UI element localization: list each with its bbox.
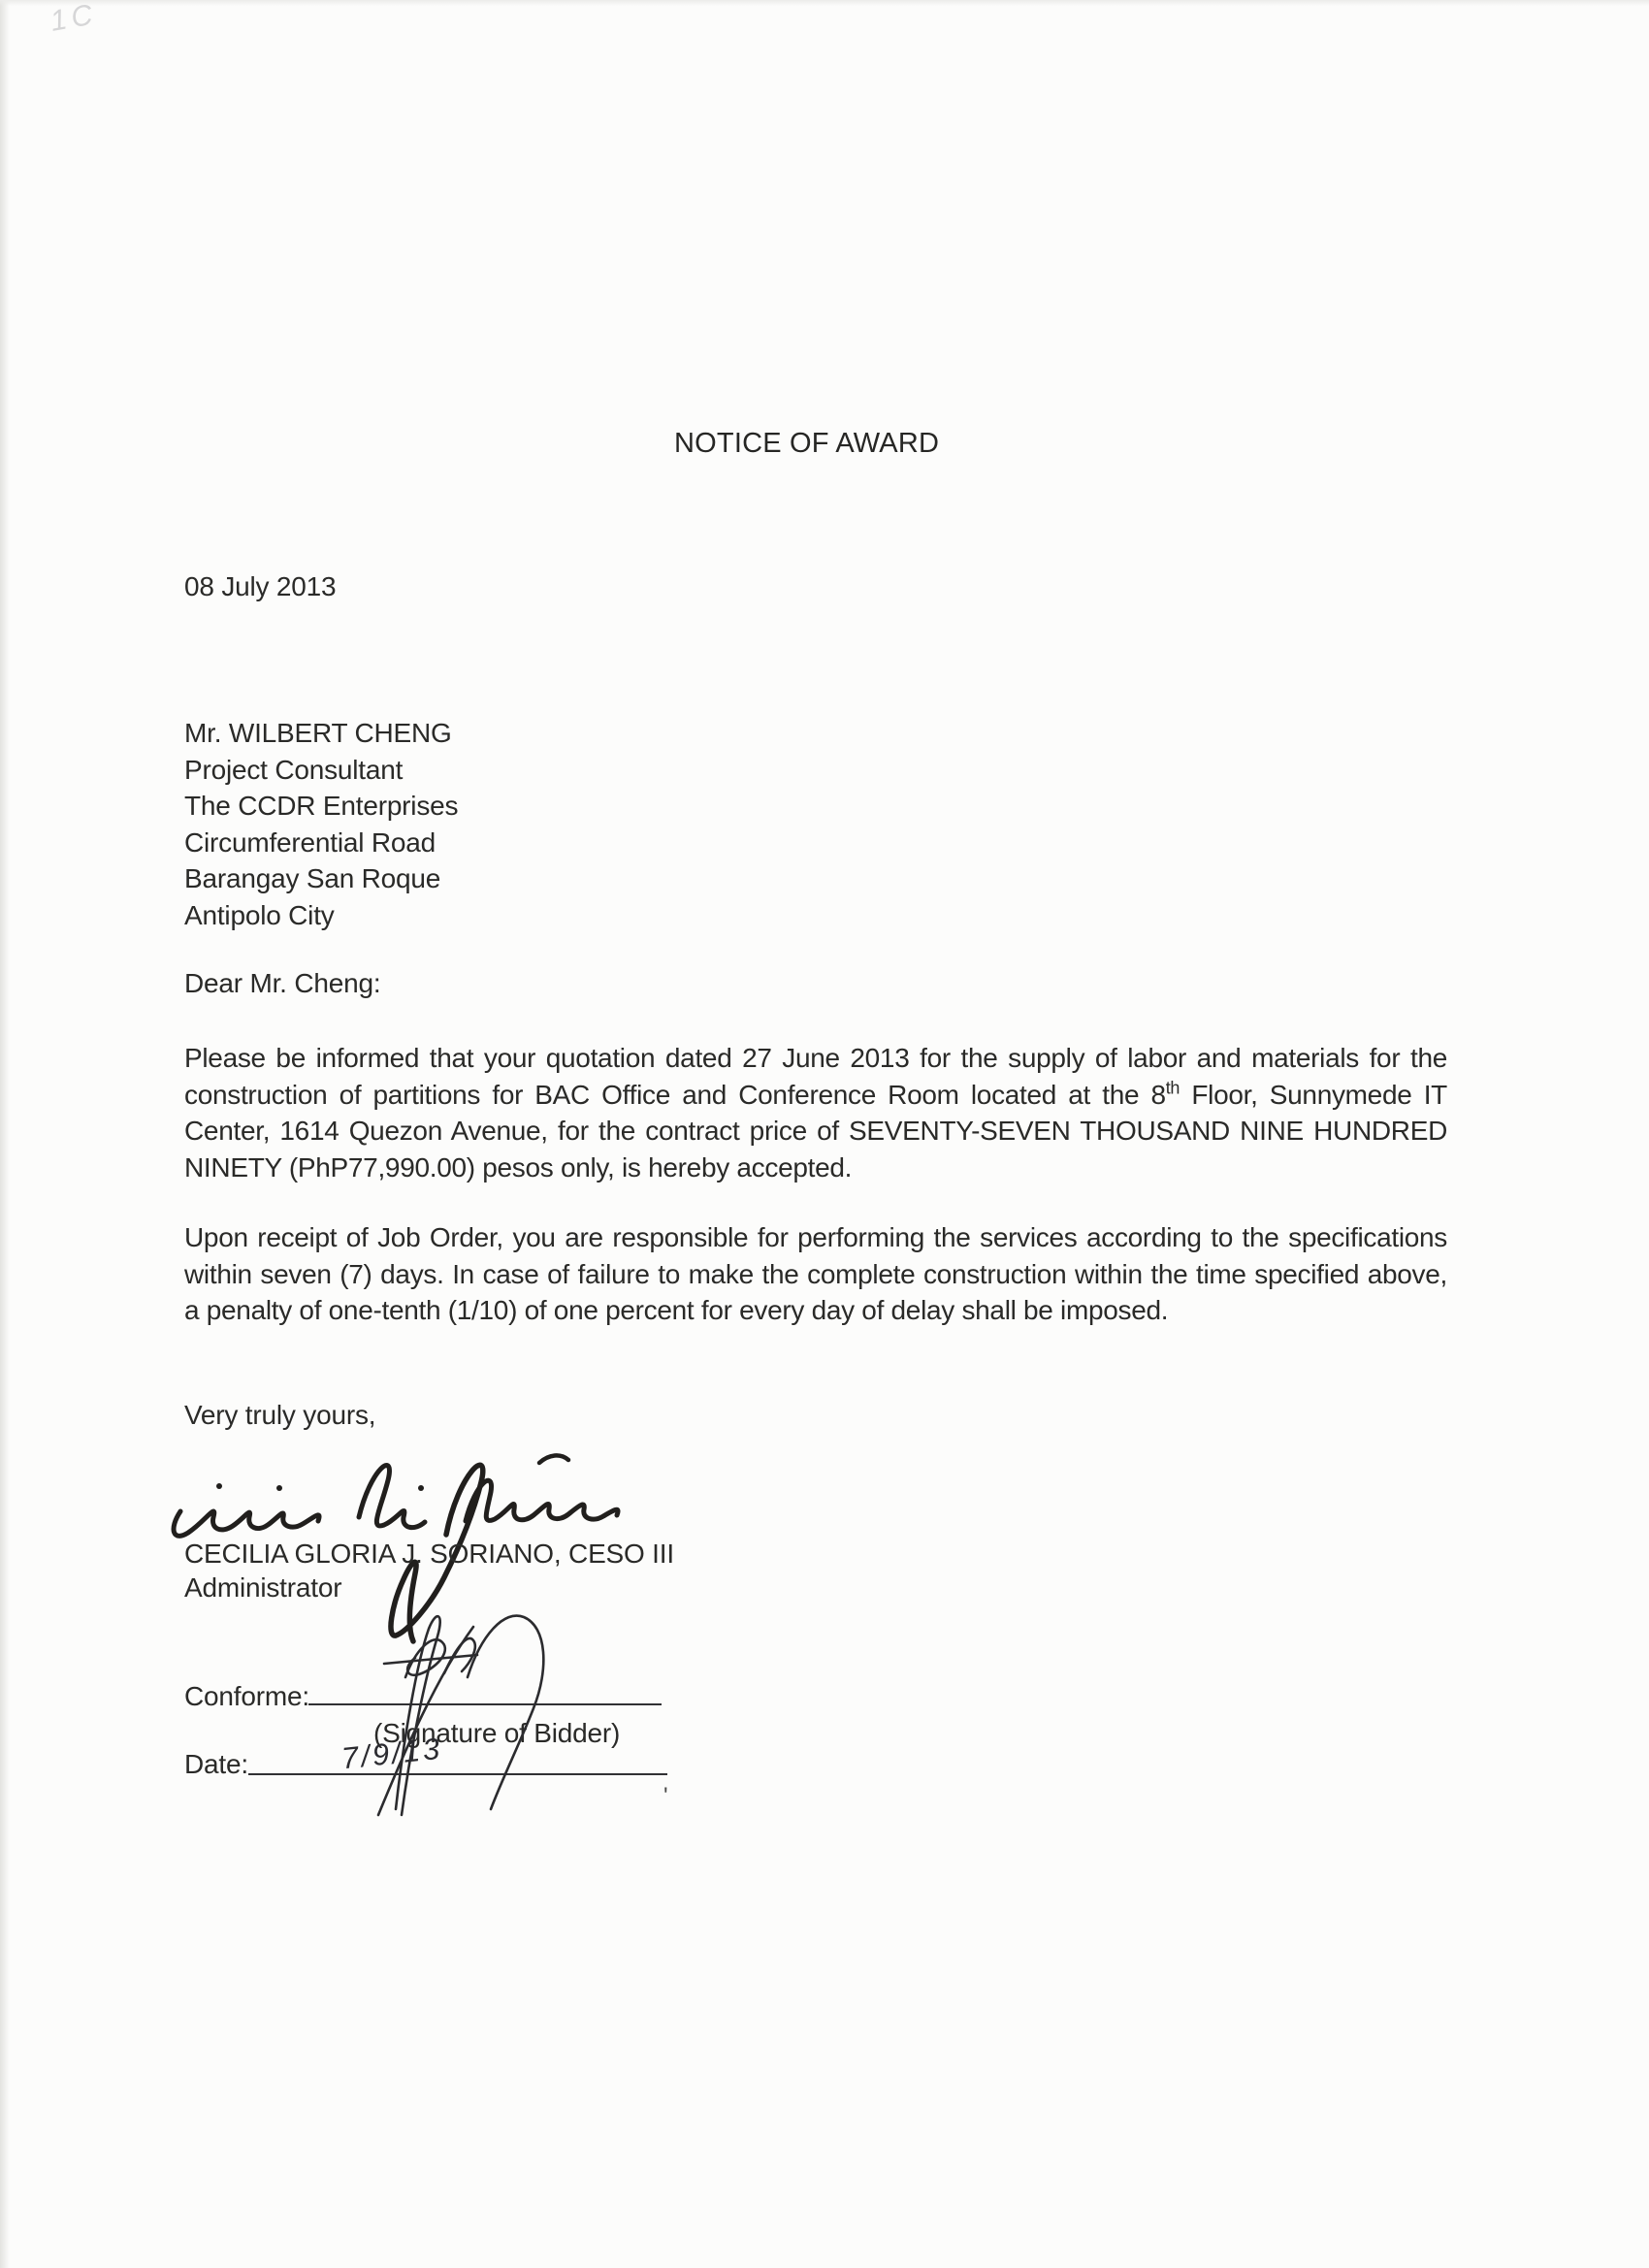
recipient-address-line3: Antipolo City [184,897,458,934]
bidder-signature [320,1584,655,1822]
recipient-block: Mr. WILBERT CHENG Project Consultant The… [184,715,458,933]
recipient-company: The CCDR Enterprises [184,788,458,825]
body-paragraph-2: Upon receipt of Job Order, you are respo… [184,1219,1447,1329]
scan-edge-shading-top [0,0,1649,6]
recipient-address-line1: Circumferential Road [184,825,458,861]
scanned-letter-page: 1C NOTICE OF AWARD 08 July 2013 Mr. WILB… [0,0,1649,2268]
ordinal-superscript: th [1166,1078,1180,1097]
pencil-corner-mark: 1C [48,0,100,39]
stray-mark: ' [663,1783,668,1810]
salutation: Dear Mr. Cheng: [184,965,380,1002]
conforme-label: Conforme: [184,1678,309,1715]
date-label: Date: [184,1746,248,1783]
letter-date: 08 July 2013 [184,568,336,605]
recipient-address-line2: Barangay San Roque [184,860,458,897]
signatory-title: Administrator [184,1570,341,1606]
scan-edge-shading-left [0,0,10,2268]
recipient-position: Project Consultant [184,752,458,789]
closing-phrase: Very truly yours, [184,1397,375,1434]
letter-title: NOTICE OF AWARD [674,428,939,460]
recipient-name: Mr. WILBERT CHENG [184,715,458,752]
body-paragraph-1: Please be informed that your quotation d… [184,1040,1447,1185]
signatory-name: CECILIA GLORIA J. SORIANO, CESO III [184,1536,674,1572]
